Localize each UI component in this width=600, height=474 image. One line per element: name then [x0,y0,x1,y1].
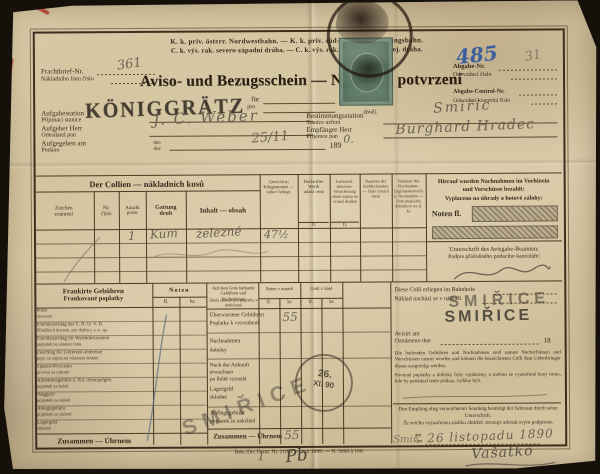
fuer-label: für [251,95,259,103]
fee-row: Portodovozné [36,308,150,322]
release-note-cz: Povinné poplatky a dobírky byly vyplacen… [395,372,561,386]
receipt-confirmation-cz: Že svrchu vyznačenou zásilku obdržel, st… [395,419,561,427]
signature-flourish [463,459,558,470]
col-zoll: Nummer der Zolldeclaration — číslo celní… [361,175,391,227]
fee-label-cz: skladné [37,425,151,431]
red-crayon-mark-corner [25,0,50,15]
dues-row-4-de: Lagergeld [210,386,233,392]
dispatch-station-label-de: Aufgabestation [41,109,84,117]
clerk-signature-label-de: Unterschrift des Avisgabe-Beamten: [428,245,560,253]
paper-sheet: K. k. priv. österr. Nordwestbahn. — K. k… [1,0,600,474]
arrival-station-stamp-2: SMIŘICE [444,307,532,327]
fee-label-cz: poplatek za udanou cenu [37,341,151,347]
dues-total-label: Zusammen — Úhrnem [213,432,282,440]
fee-row: Zuschlag für Lieferzeit-Interessepopl. z… [37,350,151,364]
dues-row-1-de: Überwiesene Gebühren [209,312,264,318]
avisirt-year: 18 [544,336,551,344]
blacked-value-box-2 [432,225,558,239]
fees-noten-header: Noten [152,288,206,294]
col-werth-cz: udaná cena [304,189,324,194]
destination-station-label-de: Bestimmungsstation [306,112,363,120]
dispatch-date-label-de: Aufgegeben am [41,139,86,147]
prepaid-note-cz: Vyplaceno na úhrady a hotové zálohy: [428,195,560,202]
dues-row-2-de: Nachnahmen [210,338,241,344]
col-werth: Declarirter Werth udaná cena fl. [299,176,329,228]
postmark-smudge-2 [349,53,389,83]
fee-row: Frachtzuschlag der S. N. D. V. B.Přirážk… [37,322,151,336]
fee-label-cz: popl. za zájem na včasném dodání [37,355,151,361]
colli-content-value: železné [196,224,242,241]
goods-label-cz: zboží. [363,110,378,116]
colli-count-value: 1 [128,229,136,243]
dues-row-2-cz: dobírky [210,347,227,353]
recipient-label-de: Empfänger Herr [306,126,352,134]
delivery-number-label-cz: Odevzdací číslo [453,72,492,78]
colli-type-value: Kum [150,226,179,242]
red-crayon-mark-edge [6,58,14,85]
col-werth-de: Declarirter Werth [299,179,329,189]
fees-fl-header: fl. [152,299,179,305]
dues-noten-kr: kr. [279,300,300,305]
year-printed: 189 [329,141,341,150]
dues-gold-header: Gold v zlatě [300,286,342,291]
blacked-value-box [472,205,558,222]
col-gattung: Gattung druh [147,193,185,229]
dues-header-cz: Zboží stíženo jest poplatky a dobírkami [208,298,258,308]
noten-fl-label: Noten fl. [432,209,461,218]
col-gewicht: Gewicht in Kilogrammen — váha v kilogr. [261,176,297,228]
prepaid-note-de2: und Vorschüsse bezahlt: [428,186,560,193]
bottom-mark-2: Pb [284,445,308,467]
fee-row: Lagergeldskladné [37,420,151,433]
dues-row-1-cz: Poplatky k vyzvednutí [210,320,260,326]
dne-label-2: dne [415,439,422,444]
avisirt-label-de: Avisirt am [395,331,420,337]
sender-label-cz: Odesílatel pan [41,132,76,138]
col-zeichen: Zeichen známení [35,193,93,229]
avisirt-label-cz: Oznámeno dne [395,338,431,344]
dispatch-date-label-cz: Podáno [41,147,59,153]
col-interesse-cz: obnos zájmu na včasné dodání [331,194,359,204]
handwriting-stroke [152,246,272,263]
dues-row-3-de: Nach der Ankunft erwachsen [210,362,258,375]
receipt-confirmation-de: Den Empfang obig verzeichneter Sendung b… [395,405,561,419]
fees-kr-header: kr. [179,299,206,305]
destination-value: Smiřic [433,97,492,116]
fee-row: Waggeldpoplatek za vážení [37,392,151,406]
fees-total-label: Zusammen — Úhrnem [35,436,153,446]
fee-label-cz: Přirážka k dovozn. pro dráhu j.-s.-n. sp… [37,327,151,333]
den-label: den [153,141,160,146]
col-anzahl-cz: počet [127,211,138,216]
waybill-number-label-de: Frachtbrief-Nr. [41,67,83,75]
am-label: am [415,433,421,438]
fee-row: Aufnahmsgebühr u. Krt.-Stempelgeb.poplat… [37,378,151,392]
delivery-number-value: 485 [455,41,499,69]
col-nachnahme: Nummer des Nachnahme-Legitimationssch. u… [393,175,425,227]
col-gewicht-label: Gewicht in Kilogrammen — váha v kilogr. [261,179,297,194]
control-number-label-de: Abgabe-Control-Nr. [453,89,505,95]
col-interesse: Lieferzeit-Interesse-Versicherung obnos … [331,176,359,228]
recipient-label-cz: Příjemce pan [306,134,338,140]
dues-row-4-cz: skladné [210,394,227,400]
fee-row: Frachtzuschlag für Werthdeclarationpopla… [37,336,151,350]
sender-label-de: Aufgeber Herr [41,124,82,132]
document-title: Aviso- und Bezugsschein — Návěští a potv… [91,71,511,92]
bottom-mark-1: 1 [257,449,265,463]
fee-row: Ablegegebührpoplatek za složení [37,406,151,420]
dues-gold-fl: fl. [300,300,321,305]
pen-slash [60,233,106,285]
prepaid-note-de1: Hierauf wurden Nachnahmen im Vorhinein [428,178,560,185]
handwriting-line [401,390,551,401]
col-nachnahme-label: Nummer des Nachnahme-Legitimationssch. u… [393,178,425,213]
col-nr-cz: číslo [101,211,111,217]
col-inhalt-label: Inhalt — obsah [200,206,246,214]
document-photo: K. k. priv. österr. Nordwestbahn. — K. k… [0,0,600,474]
fee-label-cz: poplatek za kolek [37,383,151,389]
waybill-number-label-cz: Nákladního listu číslo [41,76,94,82]
fill-line [531,103,557,104]
dues-row-3-cz: po lhůtě vzrostlé [210,376,247,382]
fee-label-cz: poplatek za vážení [37,397,151,403]
colli-table-title: Der Collien — nákladních kusů [34,178,260,189]
fee-label-cz: dovozné [36,313,150,319]
col-interesse-de: Lieferzeit-Interesse-Versicherung [331,179,359,194]
dne-label: dne [153,147,160,152]
colli-weight-value: 47½ [264,228,289,241]
total-fee-value: 55 [284,428,299,442]
year-written: 0. [343,133,354,146]
dues-gold-kr: kr. [321,300,342,305]
dispatch-date-value: 25/11 [251,129,289,147]
col-nr: Nr. číslo [95,193,118,229]
col-anzahl: Anzahl počet [120,193,145,229]
transferred-fee-value: 55 [282,310,297,324]
blue-pen-stroke [142,313,173,445]
pencil-number: 31 [524,47,543,65]
fee-label-cz: poplatek za složení [37,411,151,417]
col-gattung-cz: druh [159,211,172,217]
fee-row: Spesen-Provisionprovise za outraty [37,364,151,378]
dues-noten-fl: fl. [258,300,279,305]
release-note-de: Die haftenden Gebühren und Nachnahmen si… [395,350,561,370]
dispatch-station-label-cz: Přijímací stanice [41,117,81,123]
fee-label-cz: provise za outraty [37,369,151,375]
fees-title-cz: Frankované poplatky [34,295,152,303]
col-zeichen-cz: známení [55,211,74,217]
col-zoll-label: Nummer der Zolldeclaration — číslo celní… [361,178,391,198]
dues-noten-header: Noten v notách [258,286,300,291]
col-inhalt: Inhalt — obsah [187,192,259,228]
